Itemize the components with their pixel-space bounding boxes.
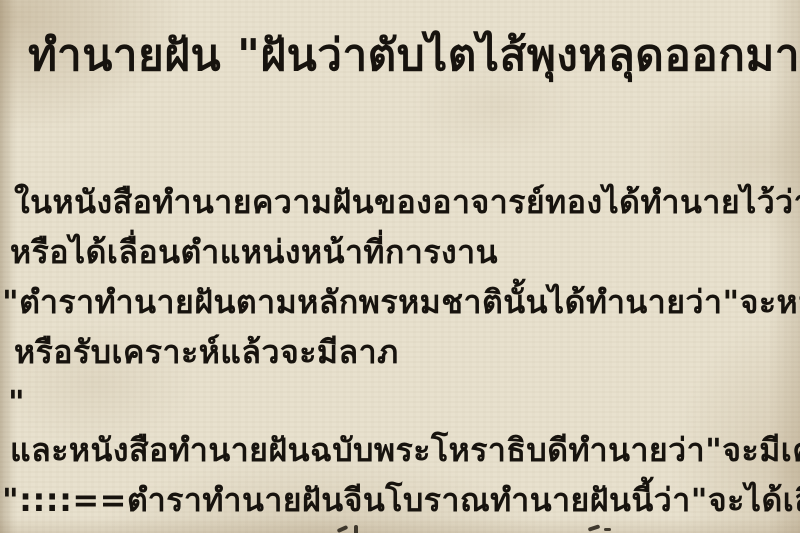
body-line-6: และหนังสือทำนายฝันฉบับพระโหราธิบดีทำนายว…: [10, 427, 800, 473]
clipped-bottom-text-fragment: [588, 524, 601, 532]
body-line-1: ในหนังสือทำนายความฝันของอาจารย์ทองได้ทำน…: [14, 179, 800, 225]
page-title: ทำนายฝัน "ฝันว่าตับไตไส้พุงหลุดออกมาจา: [28, 24, 800, 88]
dream-interpretation-page: ทำนายฝัน "ฝันว่าตับไตไส้พุงหลุดออกมาจา ใ…: [0, 0, 800, 533]
body-line-5-quote-mark: ": [8, 379, 25, 425]
body-line-4: หรือรับเคราะห์แล้วจะมีลาภ: [14, 329, 399, 375]
clipped-bottom-text-fragment: [354, 525, 358, 533]
body-line-7: "::::==ตำราทำนายฝันจีนโบราณทำนายฝันนี้ว่…: [2, 477, 800, 523]
body-line-3: "ตำราทำนายฝันตามหลักพรหมชาตินั้นได้ทำนาย…: [2, 279, 800, 325]
clipped-bottom-text-fragment: [604, 528, 611, 531]
clipped-bottom-text-fragment: [337, 525, 349, 533]
body-line-2: หรือได้เลื่อนตำแหน่งหน้าที่การงาน: [10, 229, 498, 275]
